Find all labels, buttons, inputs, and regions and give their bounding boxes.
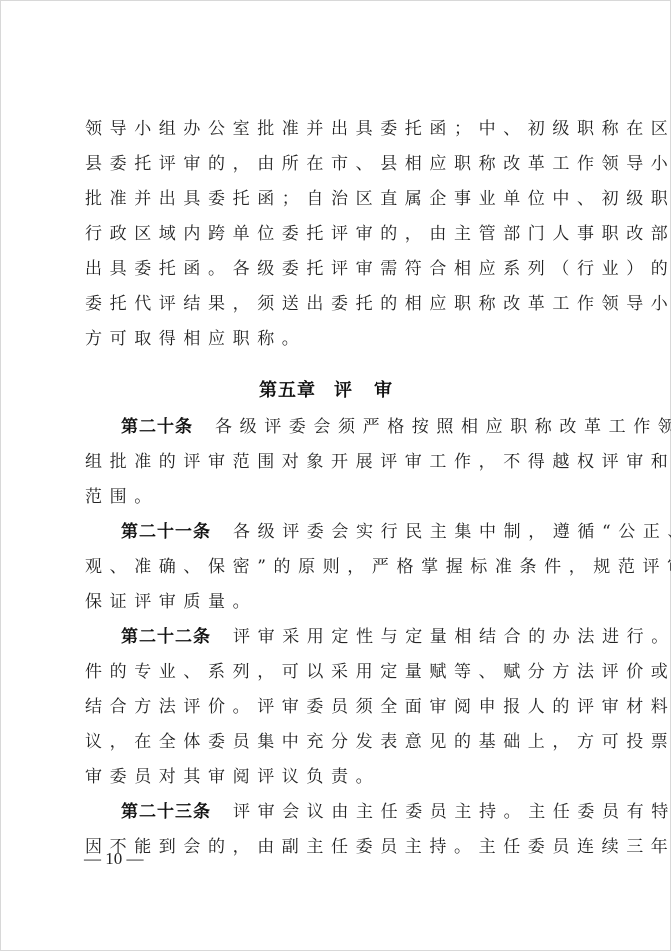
article-label: 第二十三条 [121, 802, 211, 822]
text-line: 件的专业、系列，可以采用定量赋等、赋分方法评价或采用考评 [85, 655, 589, 690]
text-line: 出具委托函。各级委托评审需符合相应系列（行业）的基本条件， [85, 252, 589, 287]
article-first-line: 第二十条各级评委会须严格按照相应职称改革工作领导小 [121, 410, 589, 445]
text-line: 范围。 [85, 480, 589, 515]
article-text: 各级评委会实行民主集中制，遵循“公正、客 [233, 522, 671, 542]
text-line: 组批准的评审范围对象开展评审工作，不得越权评审和扩大评审 [85, 445, 589, 480]
article-text: 评审采用定性与定量相结合的办法进行。有条 [233, 627, 671, 647]
text-line: 审委员对其审阅评议负责。 [85, 760, 589, 795]
text-line: 批准并出具委托函；自治区直属企事业单位中、初级职称在所属 [85, 182, 589, 217]
text-line: 观、准确、保密”的原则，严格掌握标准条件，规范评审程序， [85, 550, 589, 585]
article-first-line: 第二十二条评审采用定性与定量相结合的办法进行。有条 [121, 620, 589, 655]
text-line: 委托代评结果，须送出委托的相应职称改革工作领导小组审批后， [85, 287, 589, 322]
page-number: — 10 — [84, 847, 144, 871]
article-text: 各级评委会须严格按照相应职称改革工作领导小 [215, 417, 671, 437]
text-line: 行政区域内跨单位委托评审的，由主管部门人事职改部门批准并 [85, 217, 589, 252]
text-line: 因不能到会的，由副主任委员主持。主任委员连续三年不能到会 [85, 830, 589, 865]
article-text: 评审会议由主任委员主持。主任委员有特殊原 [233, 802, 671, 822]
text-line: 方可取得相应职称。 [85, 322, 589, 357]
article-label: 第二十条 [121, 417, 193, 437]
text-line: 议，在全体委员集中充分发表意见的基础上，方可投票表决。评 [85, 725, 589, 760]
chapter-heading: 第五章评审 [1, 373, 671, 408]
document-page: 领导小组办公室批准并出具委托函；中、初级职称在区内跨市、 县委托评审的，由所在市… [0, 0, 671, 951]
text-line: 结合方法评价。评审委员须全面审阅申报人的评审材料，认真评 [85, 690, 589, 725]
article-first-line: 第二十三条评审会议由主任委员主持。主任委员有特殊原 [121, 795, 589, 830]
chapter-title: 评审 [334, 380, 414, 401]
article-first-line: 第二十一条各级评委会实行民主集中制，遵循“公正、客 [121, 515, 589, 550]
article-label: 第二十一条 [121, 522, 211, 542]
article-label: 第二十二条 [121, 627, 211, 647]
chapter-number: 第五章 [259, 380, 316, 401]
text-line: 领导小组办公室批准并出具委托函；中、初级职称在区内跨市、 [85, 112, 589, 147]
text-line: 保证评审质量。 [85, 585, 589, 620]
text-line: 县委托评审的，由所在市、县相应职称改革工作领导小组办公室 [85, 147, 589, 182]
